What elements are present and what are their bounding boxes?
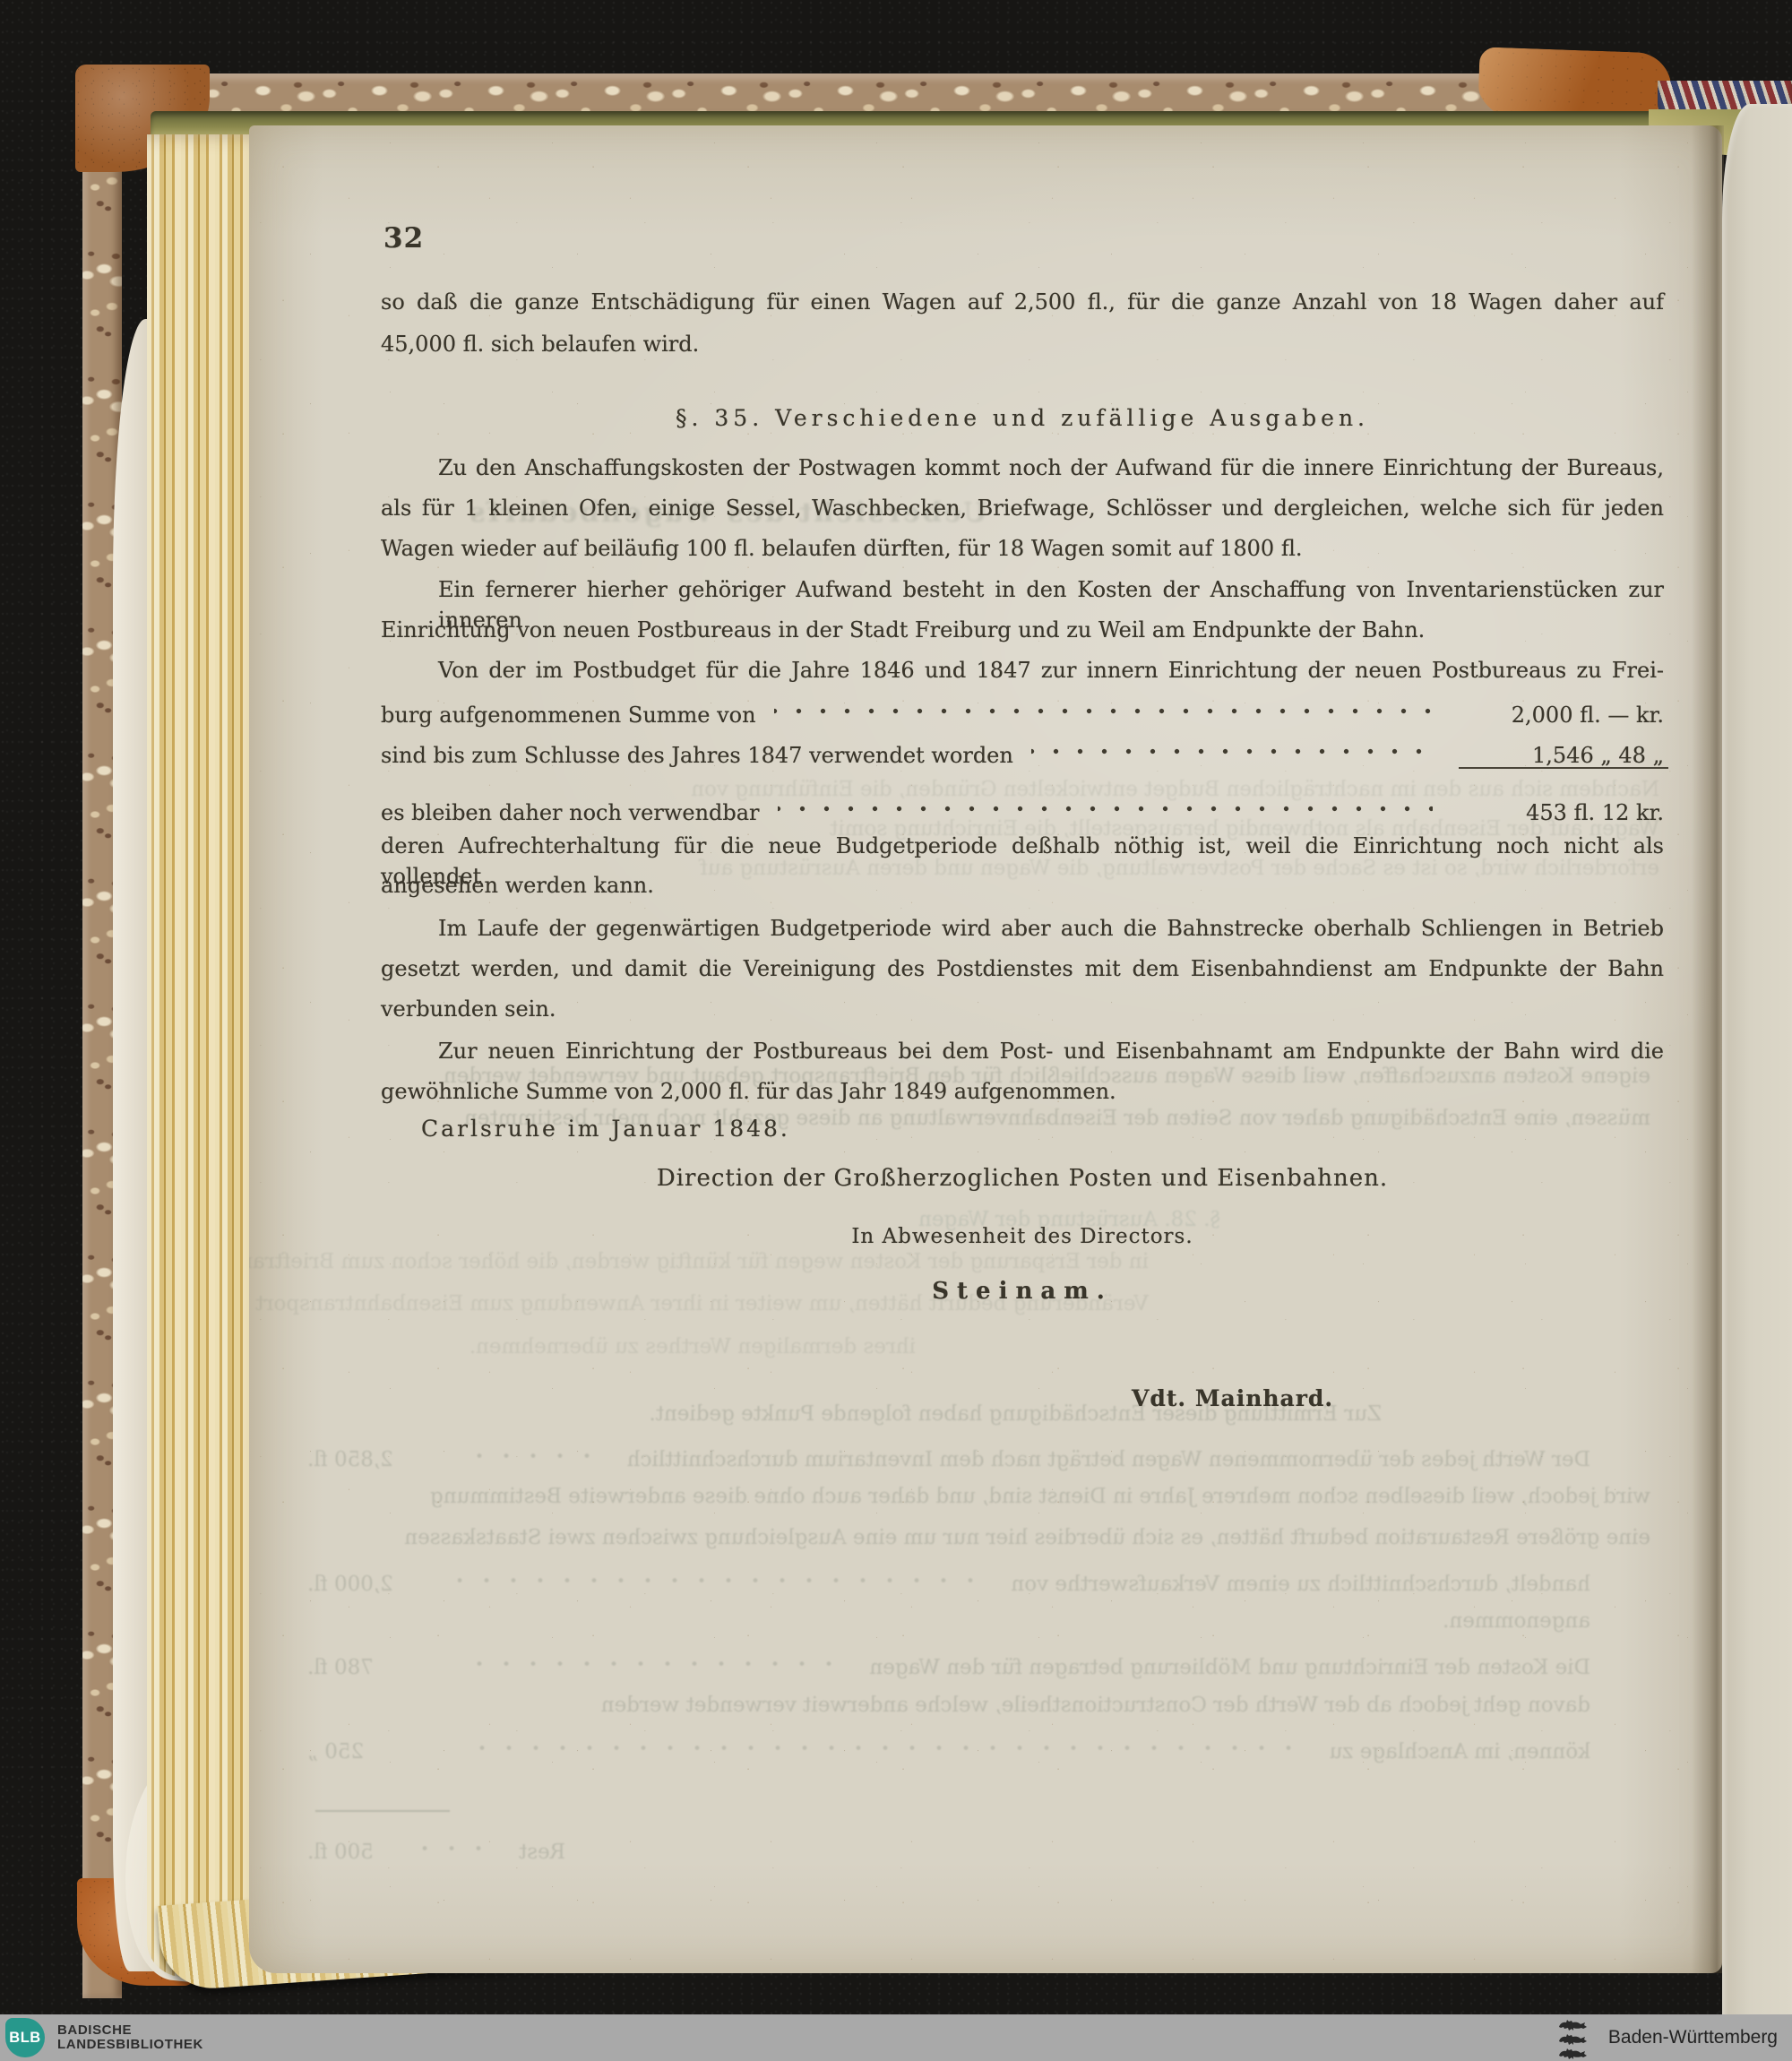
ledger-row: sind bis zum Schlusse des Jahres 1847 ve… <box>381 736 1664 771</box>
page-number: 32 <box>383 222 424 254</box>
library-name-line2: LANDESBIBLIOTHEK <box>57 2038 203 2053</box>
body-line: Im Laufe der gegenwärtigen Budgetperiode… <box>381 913 1664 944</box>
bleedthrough-ledger-row: Rest 500 fl. <box>307 1835 1590 1864</box>
bleedthrough-ledger-text: Rest <box>519 1841 565 1864</box>
library-footer-bar: BLB BADISCHE LANDESBIBLIOTHEK Baden-Würt… <box>0 2014 1792 2061</box>
ledger-text: burg aufgenommenen Summe von <box>381 700 756 730</box>
body-line: angesehen werden kann. <box>381 870 1664 901</box>
ledger-amount: 2,000 fl. — kr. <box>1451 700 1664 730</box>
bleedthrough-ledger-amount: 500 fl. <box>307 1841 406 1864</box>
dot-leader <box>458 1735 1314 1758</box>
ledger-sum-rule <box>1459 767 1668 769</box>
ledger-text: es bleiben daher noch verwendbar <box>381 798 760 828</box>
signature-absence-note: In Abwesenheit des Directors. <box>381 1221 1664 1252</box>
body-line: Zur neuen Einrichtung der Postbureaus be… <box>381 1036 1664 1066</box>
bleedthrough-ledger-amount: 2,000 fl. <box>307 1573 442 1596</box>
ledger-row: es bleiben daher noch verwendbar 453 fl.… <box>381 793 1664 828</box>
dot-leader <box>458 1651 853 1674</box>
bleedthrough-line: angenommen. <box>1443 1609 1590 1633</box>
signature-name: Steinam. <box>381 1276 1664 1306</box>
baden-wuerttemberg-lions-icon <box>1556 2016 1598 2059</box>
bleedthrough-line: in der Ersparung der Kosten wegen für kü… <box>249 1250 1149 1273</box>
dot-leader <box>778 793 1433 820</box>
bleedthrough-line: eine größere Restauration bedurft hätten… <box>404 1526 1650 1549</box>
bleedthrough-line: davon geht jedoch ab der Werth der Const… <box>601 1694 1590 1717</box>
bleedthrough-ledger-row: können, im Anschlage zu 250 „ <box>307 1735 1590 1763</box>
dateline: Carlsruhe im Januar 1848. <box>421 1116 790 1142</box>
body-line: so daß die ganze Entschädigung für einen… <box>381 287 1664 317</box>
section-heading: §. 35. Verschiedene und zufällige Ausgab… <box>381 403 1664 434</box>
dot-leader <box>422 1835 503 1858</box>
signature-vdt: Vdt. Mainhard. <box>1132 1385 1333 1411</box>
dot-leader <box>458 1443 611 1466</box>
body-line: gesetzt werden, und damit die Vereinigun… <box>381 953 1664 984</box>
gutter-shadow <box>1692 125 1724 1973</box>
body-line: gewöhnliche Summe von 2,000 fl. für das … <box>381 1076 1664 1107</box>
blb-logo: BLB <box>5 2018 45 2057</box>
bleedthrough-ledger-text: können, im Anschlage zu <box>1330 1740 1591 1763</box>
body-line: verbunden sein. <box>381 994 1664 1024</box>
bleedthrough-sum-rule <box>315 1810 450 1812</box>
body-line: Einrichtung von neuen Postbureaus in der… <box>381 615 1664 645</box>
dot-leader <box>774 695 1433 722</box>
ledger-row: burg aufgenommenen Summe von 2,000 fl. —… <box>381 695 1664 730</box>
bleedthrough-ledger-text: Die Kosten der Einrichtung und Möblierun… <box>869 1656 1590 1679</box>
bleedthrough-line: wird jedoch, weil dieselben schon mehrer… <box>430 1485 1650 1508</box>
bleedthrough-line: ihres dermaligen Werthes zu übernehmen. <box>470 1335 916 1358</box>
bleedthrough-ledger-amount: 250 „ <box>307 1740 442 1763</box>
body-line: als für 1 kleinen Ofen, einige Sessel, W… <box>381 493 1664 523</box>
bleedthrough-ledger-amount: 780 fl. <box>307 1656 442 1679</box>
facing-page-sliver <box>1722 104 1792 2027</box>
body-line: Von der im Postbudget für die Jahre 1846… <box>381 655 1664 686</box>
bleedthrough-ledger-row: Die Kosten der Einrichtung und Möblierun… <box>307 1651 1590 1679</box>
ledger-amount: 453 fl. 12 kr. <box>1451 798 1664 828</box>
signature-authority: Direction der Großherzoglichen Posten un… <box>381 1163 1664 1194</box>
dot-leader <box>458 1567 995 1591</box>
ledger-amount: 1,546 „ 48 „ <box>1451 740 1664 771</box>
bleedthrough-ledger-row: handelt, durchschnittlich zu einem Verka… <box>307 1567 1590 1596</box>
blb-logo-text: BLB <box>9 2030 40 2047</box>
bleedthrough-ledger-text: handelt, durchschnittlich zu einem Verka… <box>1011 1573 1590 1596</box>
library-name-line1: BADISCHE <box>57 2023 203 2039</box>
bleedthrough-ledger-amount: 2,850 fl. <box>307 1448 442 1471</box>
book-page: Uebersicht des Wagenbedarfs Nachdem sich… <box>249 125 1722 1973</box>
ledger-text: sind bis zum Schlusse des Jahres 1847 ve… <box>381 740 1013 771</box>
bleedthrough-ledger-text: Der Werth jedes der übernommenen Wagen b… <box>627 1448 1590 1471</box>
scan-viewport: { "palette": { "background": "#171614", … <box>0 0 1792 2061</box>
state-name: Baden-Württemberg <box>1608 2027 1778 2048</box>
library-name: BADISCHE LANDESBIBLIOTHEK <box>57 2023 203 2053</box>
body-line: Zu den Anschaffungskosten der Postwagen … <box>381 453 1664 483</box>
dot-leader <box>1031 736 1433 763</box>
body-line: 45,000 fl. sich belaufen wird. <box>381 329 1664 359</box>
bleedthrough-ledger-row: Der Werth jedes der übernommenen Wagen b… <box>307 1443 1590 1471</box>
body-line: Wagen wieder auf beiläufig 100 fl. belau… <box>381 533 1664 564</box>
